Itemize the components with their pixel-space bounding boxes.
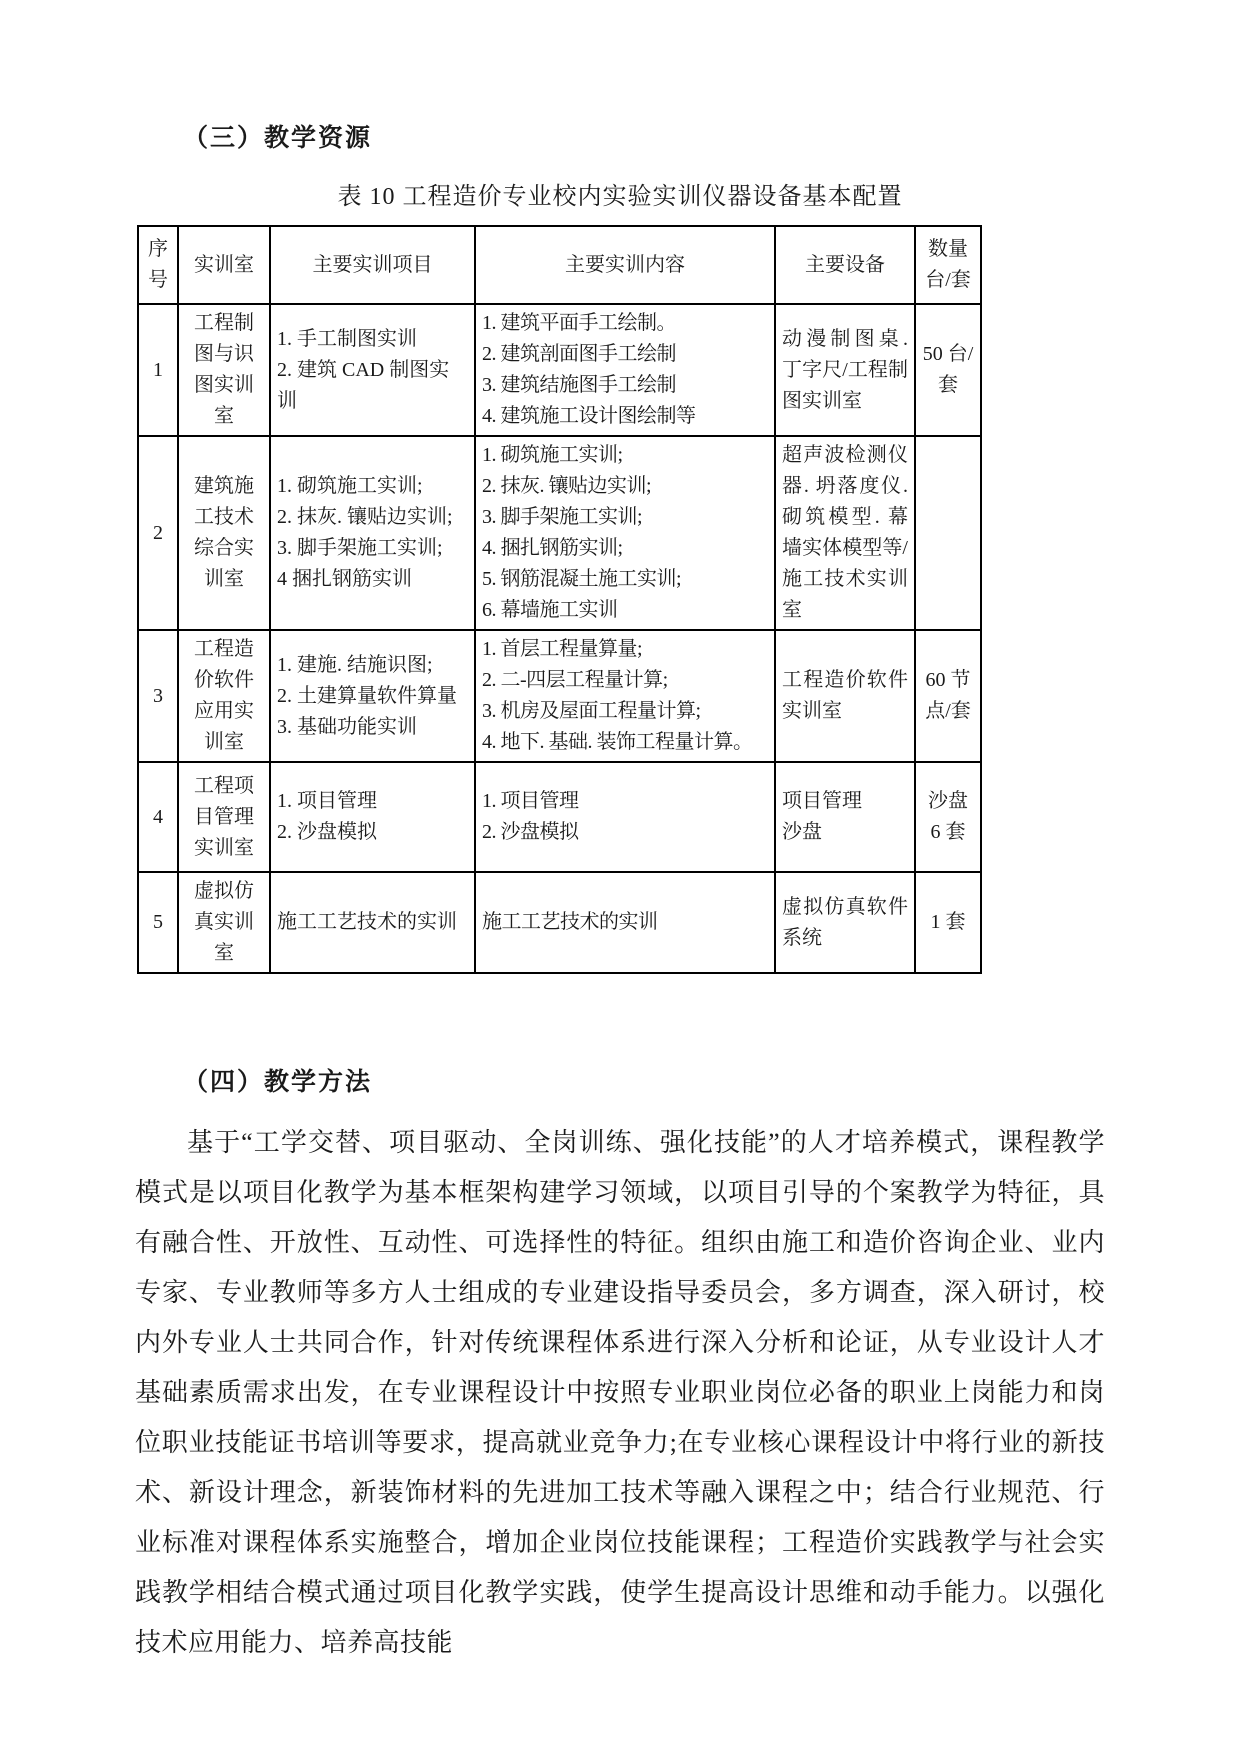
cell-projects: 1. 项目管理 2. 沙盘模拟 [270,762,475,872]
cell-projects: 1. 手工制图实训 2. 建筑 CAD 制图实训 [270,304,475,436]
table-header-row: 序号 实训室 主要实训项目 主要实训内容 主要设备 数量 台/套 [138,226,981,304]
cell-room: 工程制图与识图实训室 [178,304,270,436]
equipment-config-table: 序号 实训室 主要实训项目 主要实训内容 主要设备 数量 台/套 1 工程制图与… [137,225,982,974]
header-room: 实训室 [178,226,270,304]
cell-projects: 1. 建施. 结施识图; 2. 土建算量软件算量 3. 基础功能实训 [270,630,475,762]
cell-room: 工程造价软件应用实训室 [178,630,270,762]
cell-equipment: 项目管理 沙盘 [775,762,915,872]
table-row: 1 工程制图与识图实训室 1. 手工制图实训 2. 建筑 CAD 制图实训 1.… [138,304,981,436]
cell-quantity [915,436,981,630]
cell-quantity: 60 节点/套 [915,630,981,762]
cell-equipment: 工程造价软件实训室 [775,630,915,762]
cell-projects: 施工工艺技术的实训 [270,872,475,973]
cell-no: 5 [138,872,178,973]
cell-no: 1 [138,304,178,436]
cell-no: 3 [138,630,178,762]
cell-contents: 1. 首层工程量算量; 2. 二-四层工程量计算; 3. 机房及屋面工程量计算;… [475,630,775,762]
cell-equipment: 动漫制图桌. 丁字尺/工程制图实训室 [775,304,915,436]
cell-no: 4 [138,762,178,872]
header-quantity: 数量 台/套 [915,226,981,304]
cell-quantity: 50 台/套 [915,304,981,436]
cell-quantity: 沙盘 6 套 [915,762,981,872]
table-title: 表 10 工程造价专业校内实验实训仪器设备基本配置 [135,176,1105,211]
cell-room: 建筑施工技术综合实训室 [178,436,270,630]
table-row: 5 虚拟仿真实训室 施工工艺技术的实训 施工工艺技术的实训 虚拟仿真软件系统 1… [138,872,981,973]
cell-room: 虚拟仿真实训室 [178,872,270,973]
header-contents: 主要实训内容 [475,226,775,304]
cell-contents: 施工工艺技术的实训 [475,872,775,973]
table-row: 4 工程项目管理实训室 1. 项目管理 2. 沙盘模拟 1. 项目管理 2. 沙… [138,762,981,872]
cell-projects: 1. 砌筑施工实训; 2. 抹灰. 镶贴边实训; 3. 脚手架施工实训; 4 捆… [270,436,475,630]
methods-paragraph: 基于“工学交替、项目驱动、全岗训练、强化技能”的人才培养模式，课程教学模式是以项… [135,1118,1105,1668]
cell-contents: 1. 项目管理 2. 沙盘模拟 [475,762,775,872]
cell-equipment: 虚拟仿真软件系统 [775,872,915,973]
table-row: 3 工程造价软件应用实训室 1. 建施. 结施识图; 2. 土建算量软件算量 3… [138,630,981,762]
section-heading-methods: （四）教学方法 [183,1062,1105,1098]
section-heading-resources: （三）教学资源 [183,118,1105,154]
header-projects: 主要实训项目 [270,226,475,304]
cell-equipment: 超声波检测仪器. 坍落度仪. 砌筑模型. 幕墙实体模型等/施工技术实训室 [775,436,915,630]
cell-contents: 1. 建筑平面手工绘制。 2. 建筑剖面图手工绘制 3. 建筑结施图手工绘制 4… [475,304,775,436]
cell-quantity: 1 套 [915,872,981,973]
table-row: 2 建筑施工技术综合实训室 1. 砌筑施工实训; 2. 抹灰. 镶贴边实训; 3… [138,436,981,630]
cell-no: 2 [138,436,178,630]
header-equipment: 主要设备 [775,226,915,304]
cell-room: 工程项目管理实训室 [178,762,270,872]
cell-contents: 1. 砌筑施工实训; 2. 抹灰. 镶贴边实训; 3. 脚手架施工实训; 4. … [475,436,775,630]
header-no: 序号 [138,226,178,304]
document-page: （三）教学资源 表 10 工程造价专业校内实验实训仪器设备基本配置 序号 实训室… [0,0,1240,1754]
